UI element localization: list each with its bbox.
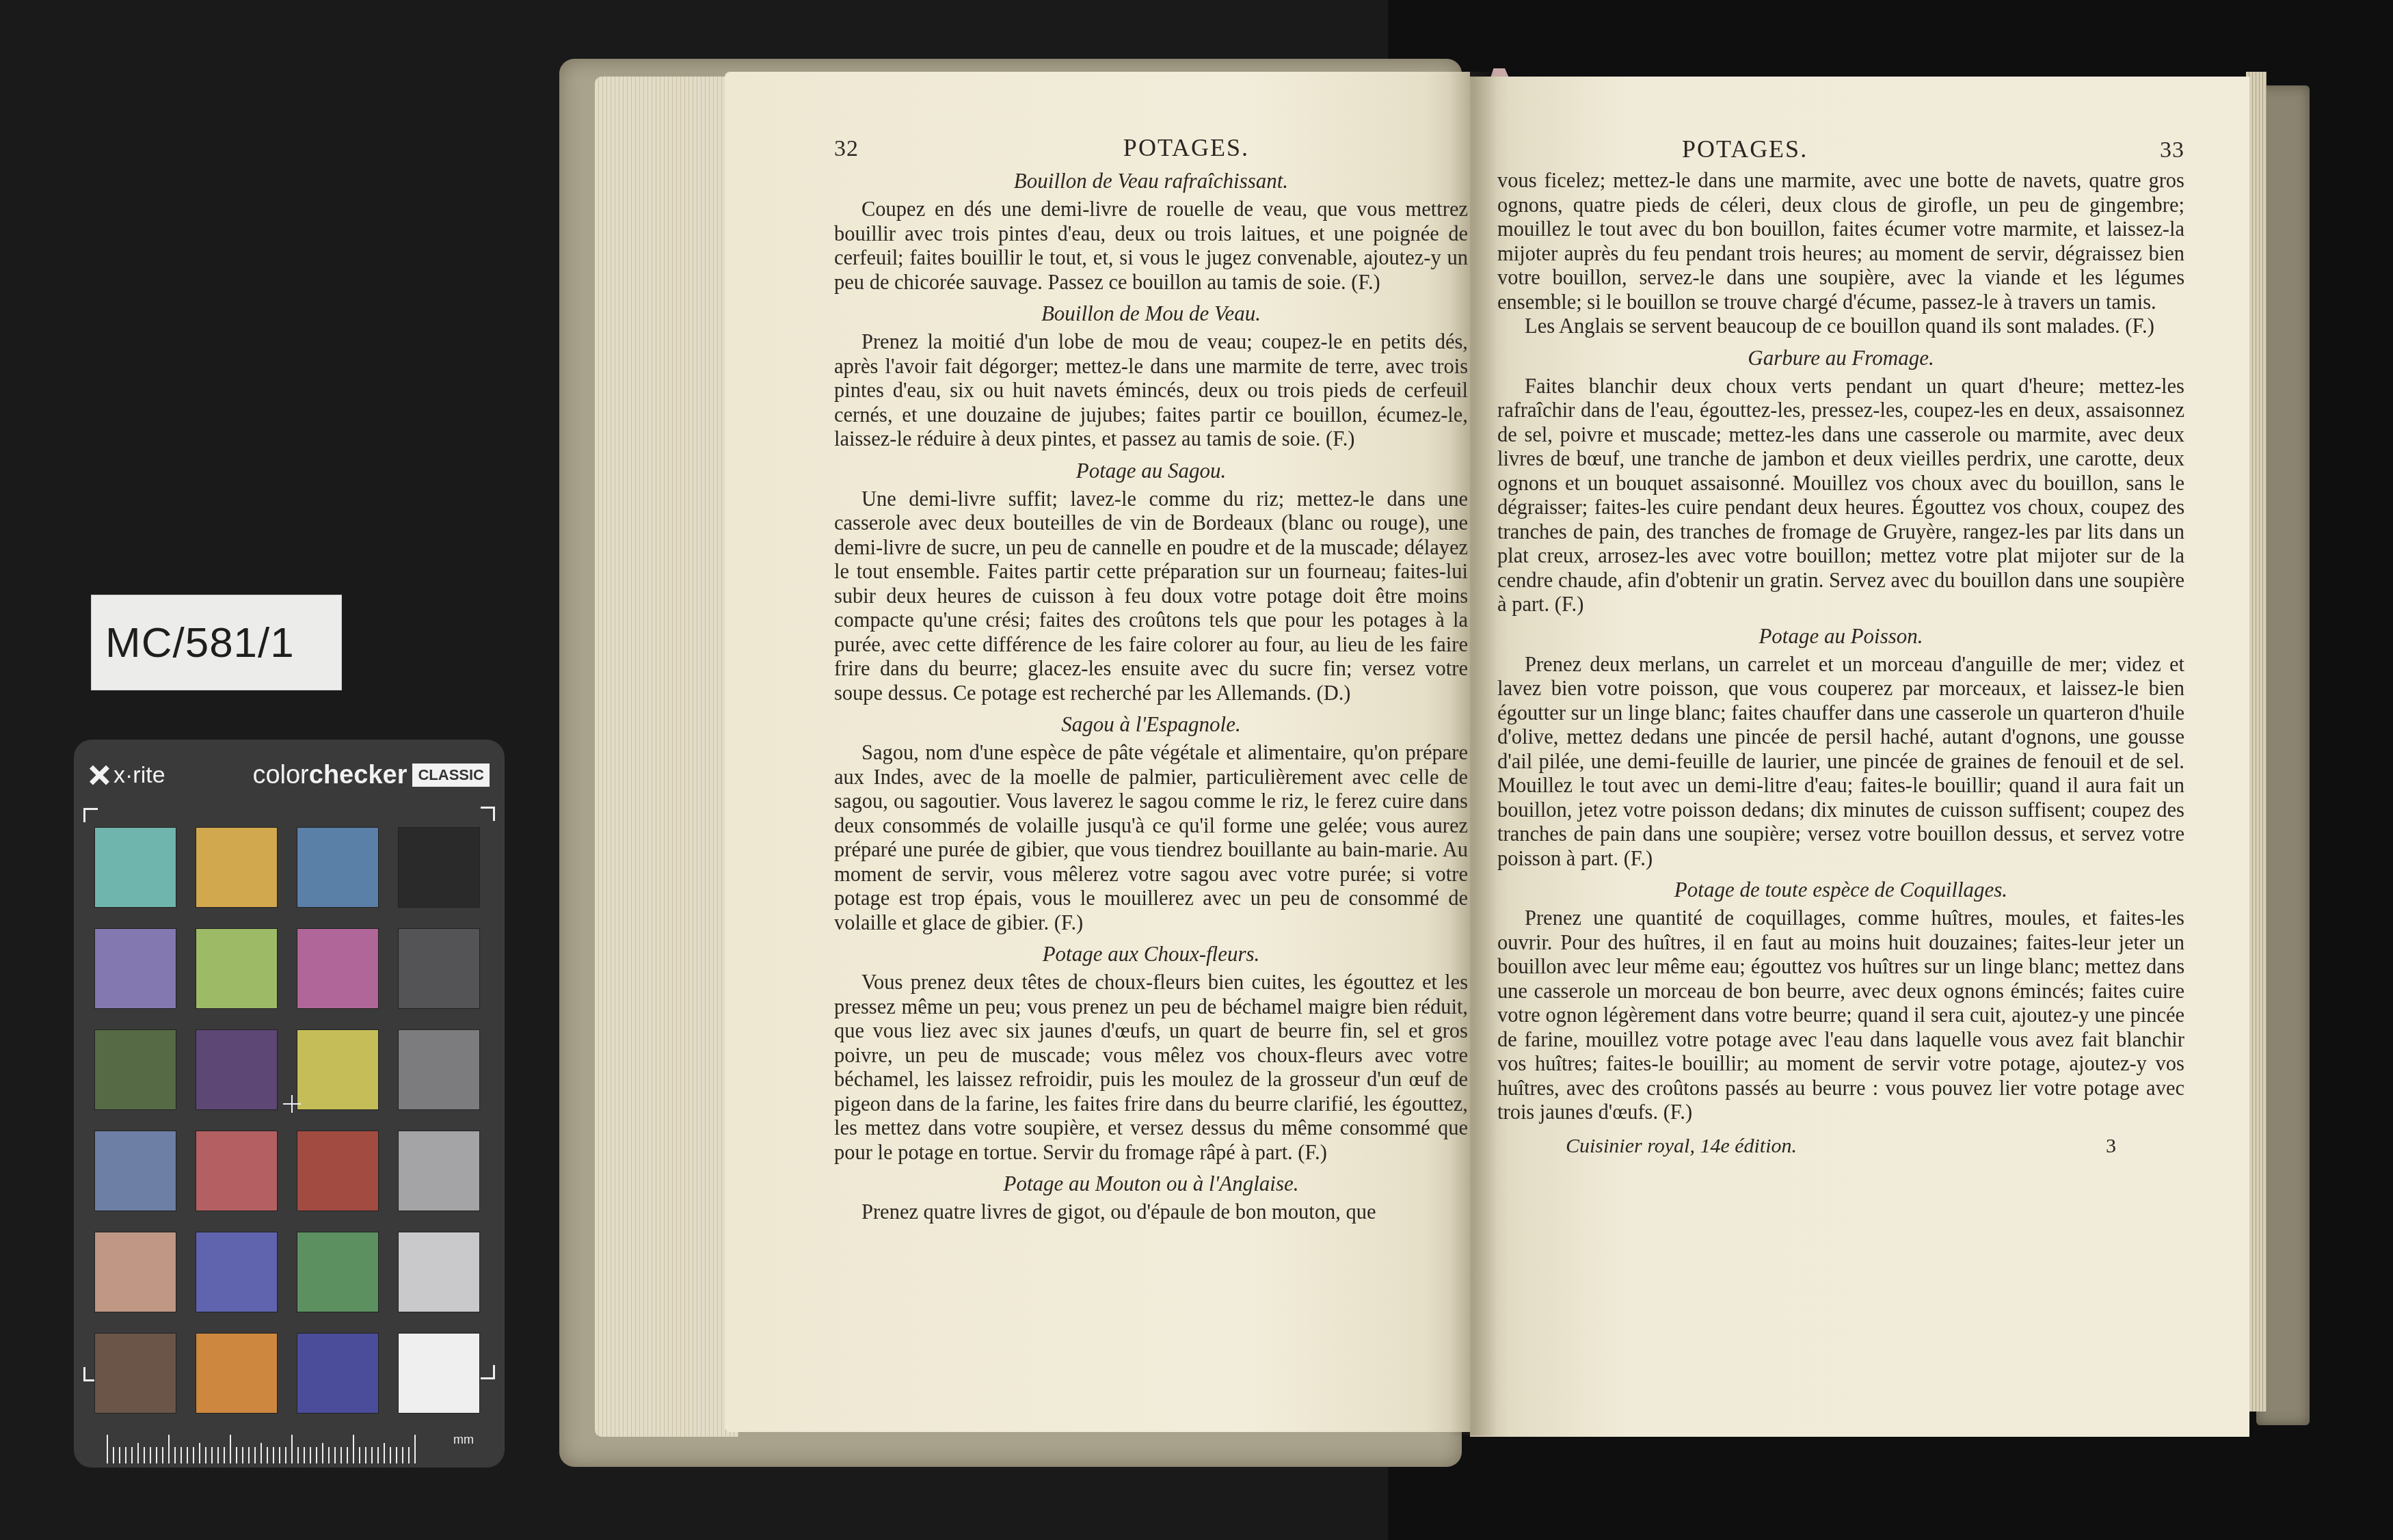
color-patch-dark-skin bbox=[94, 1333, 176, 1414]
ruler-tick bbox=[414, 1435, 416, 1463]
ruler-tick bbox=[205, 1447, 206, 1463]
page-number: 33 bbox=[2160, 137, 2184, 163]
signature-mark: 3 bbox=[2106, 1135, 2116, 1158]
page-footer: Cuisinier royal, 14e édition. 3 bbox=[1497, 1135, 2184, 1158]
color-patch-yellow bbox=[297, 1029, 379, 1110]
recipe-text: Prenez quatre livres de gigot, ou d'épau… bbox=[834, 1200, 1468, 1225]
color-patch-orange-yellow bbox=[196, 827, 278, 908]
ruler-tick bbox=[304, 1447, 305, 1463]
page-edges-left bbox=[595, 77, 738, 1437]
color-patch-neutral-8 bbox=[398, 1232, 480, 1312]
color-patch-magenta bbox=[297, 928, 379, 1009]
color-patch-black bbox=[398, 827, 480, 908]
archive-reference-text: MC/581/1 bbox=[105, 619, 295, 667]
color-patch-light-skin bbox=[94, 1232, 176, 1312]
color-patch-blue bbox=[196, 1232, 278, 1312]
classic-badge: CLASSIC bbox=[412, 764, 490, 787]
ruler-tick bbox=[310, 1447, 311, 1463]
left-page: 32 POTAGES. Bouillon de Veau rafraîchiss… bbox=[725, 72, 1470, 1432]
corner-mark-icon bbox=[481, 1365, 495, 1379]
ruler-tick bbox=[174, 1447, 176, 1463]
color-patch-grid bbox=[94, 827, 480, 1414]
ruler-tick bbox=[254, 1447, 256, 1463]
colorchecker-logo: colorchecker CLASSIC bbox=[252, 761, 490, 790]
ruler-tick bbox=[260, 1443, 262, 1463]
running-title: POTAGES. bbox=[1682, 135, 1808, 163]
color-patch-yellow-green bbox=[196, 928, 278, 1009]
ruler-tick bbox=[187, 1447, 188, 1463]
ruler-tick bbox=[156, 1447, 157, 1463]
xrite-logo: x·rite bbox=[89, 762, 165, 789]
ruler-tick bbox=[322, 1443, 323, 1463]
ruler-tick bbox=[217, 1447, 219, 1463]
ruler-tick bbox=[384, 1443, 385, 1463]
archive-reference-label: MC/581/1 bbox=[91, 595, 342, 690]
ruler-tick bbox=[390, 1447, 391, 1463]
recipe-title: Potage au Sagou. bbox=[834, 459, 1468, 483]
color-patch-bluish-green bbox=[94, 827, 176, 908]
color-patch-green bbox=[297, 1232, 379, 1312]
ruler-tick bbox=[297, 1447, 299, 1463]
running-title: POTAGES. bbox=[1123, 133, 1249, 162]
recipe-text: Prenez la moitié d'un lobe de mou de vea… bbox=[834, 330, 1468, 452]
recipe-title: Potage au Poisson. bbox=[1497, 624, 2184, 649]
ruler-tick bbox=[285, 1447, 286, 1463]
ruler-tick bbox=[144, 1447, 145, 1463]
recipe-text: Vous prenez deux têtes de choux-fleurs b… bbox=[834, 971, 1468, 1165]
color-patch-blue-flower bbox=[94, 928, 176, 1009]
color-patch-blue-dark bbox=[297, 1333, 379, 1414]
ruler-tick bbox=[279, 1447, 280, 1463]
recipe-text: Prenez une quantité de coquillages, comm… bbox=[1497, 906, 2184, 1125]
page-number: 32 bbox=[834, 136, 859, 162]
left-page-body: Bouillon de Veau rafraîchissant.Coupez e… bbox=[834, 169, 1468, 1225]
color-patch-red bbox=[297, 1131, 379, 1211]
ruler-tick bbox=[340, 1447, 342, 1463]
ruler-unit-label: mm bbox=[453, 1433, 474, 1447]
crosshair-icon bbox=[283, 1095, 301, 1113]
ruler-tick bbox=[316, 1447, 317, 1463]
right-running-head: POTAGES. 33 bbox=[1497, 135, 2184, 163]
ruler-tick bbox=[150, 1447, 151, 1463]
recipe-title: Bouillon de Mou de Veau. bbox=[834, 301, 1468, 326]
color-patch-neutral-3-5 bbox=[398, 928, 480, 1009]
corner-mark-icon bbox=[481, 807, 495, 821]
ruler-tick bbox=[224, 1447, 225, 1463]
ruler-tick bbox=[273, 1447, 274, 1463]
ruler-tick bbox=[248, 1447, 250, 1463]
recipe-text: Une demi-livre suffit; lavez-le comme du… bbox=[834, 487, 1468, 706]
ruler-tick bbox=[181, 1447, 182, 1463]
signature-line: Cuisinier royal, 14e édition. bbox=[1566, 1135, 1797, 1158]
ruler-tick bbox=[199, 1443, 200, 1463]
ruler-tick bbox=[353, 1435, 354, 1463]
color-patch-neutral-6-5 bbox=[398, 1131, 480, 1211]
ruler-tick bbox=[230, 1435, 231, 1463]
ruler-tick bbox=[119, 1447, 120, 1463]
color-patch-white bbox=[398, 1333, 480, 1414]
ruler-tick bbox=[113, 1447, 114, 1463]
ruler-tick bbox=[267, 1447, 268, 1463]
recipe-text: Faites blanchir deux choux verts pendant… bbox=[1497, 375, 2184, 617]
ruler-tick bbox=[291, 1435, 293, 1463]
color-checker-card: x·rite colorchecker CLASSIC mm bbox=[74, 740, 505, 1468]
ruler-tick bbox=[162, 1447, 163, 1463]
color-patch-blue-sky bbox=[297, 827, 379, 908]
ruler-tick bbox=[125, 1447, 126, 1463]
ruler-tick bbox=[334, 1447, 336, 1463]
color-patch-neutral-5 bbox=[398, 1029, 480, 1110]
recipe-title: Garbure au Fromage. bbox=[1497, 346, 2184, 370]
color-checker-header: x·rite colorchecker CLASSIC bbox=[89, 755, 490, 796]
color-patch-moderate-red bbox=[196, 1131, 278, 1211]
recipe-title: Potage de toute espèce de Coquillages. bbox=[1497, 878, 2184, 902]
book-gutter bbox=[1449, 72, 1497, 1435]
recipe-text: Sagou, nom d'une espèce de pâte végétale… bbox=[834, 741, 1468, 935]
ruler-tick bbox=[211, 1447, 213, 1463]
ruler-tick bbox=[328, 1447, 330, 1463]
recipe-text: Coupez en dés une demi-livre de rouelle … bbox=[834, 198, 1468, 295]
recipe-text: Prenez deux merlans, un carrelet et un m… bbox=[1497, 653, 2184, 872]
corner-mark-icon bbox=[83, 808, 98, 822]
xrite-icon bbox=[89, 765, 109, 785]
color-patch-orange bbox=[196, 1333, 278, 1414]
mm-ruler bbox=[107, 1433, 449, 1463]
ruler-tick bbox=[131, 1447, 133, 1463]
continued-paragraph: vous ficelez; mettez-le dans une marmite… bbox=[1497, 169, 2184, 314]
recipe-title: Bouillon de Veau rafraîchissant. bbox=[834, 169, 1468, 193]
right-page-body: Garbure au Fromage.Faites blanchir deux … bbox=[1497, 346, 2184, 1125]
recipe-title: Potage aux Choux-fleurs. bbox=[834, 942, 1468, 967]
recipe-title: Sagou à l'Espagnole. bbox=[834, 712, 1468, 737]
ruler-tick bbox=[359, 1447, 360, 1463]
color-patch-purple bbox=[196, 1029, 278, 1110]
ruler-tick bbox=[347, 1447, 348, 1463]
ruler-tick bbox=[377, 1447, 379, 1463]
recipe-title: Potage au Mouton ou à l'Anglaise. bbox=[834, 1172, 1468, 1196]
ruler-tick bbox=[371, 1447, 373, 1463]
color-patch-blue-sky-2 bbox=[94, 1131, 176, 1211]
ruler-tick bbox=[408, 1447, 410, 1463]
ruler-tick bbox=[168, 1435, 170, 1463]
ruler-tick bbox=[365, 1447, 366, 1463]
colorchecker-text-bold: checker bbox=[309, 761, 407, 789]
ruler-tick bbox=[396, 1447, 397, 1463]
right-page: POTAGES. 33 vous ficelez; mettez-le dans… bbox=[1470, 77, 2249, 1437]
ruler-tick bbox=[242, 1447, 243, 1463]
color-patch-foliage bbox=[94, 1029, 176, 1110]
ruler-tick bbox=[137, 1443, 139, 1463]
ruler-tick bbox=[107, 1435, 108, 1463]
ruler-tick bbox=[402, 1447, 403, 1463]
continued-note: Les Anglais se servent beaucoup de ce bo… bbox=[1497, 314, 2184, 339]
left-running-head: 32 POTAGES. bbox=[834, 133, 1468, 162]
ruler-tick bbox=[193, 1447, 194, 1463]
ruler-tick bbox=[236, 1447, 237, 1463]
colorchecker-text-light: color bbox=[252, 761, 308, 789]
xrite-brand-text: x·rite bbox=[113, 762, 165, 789]
